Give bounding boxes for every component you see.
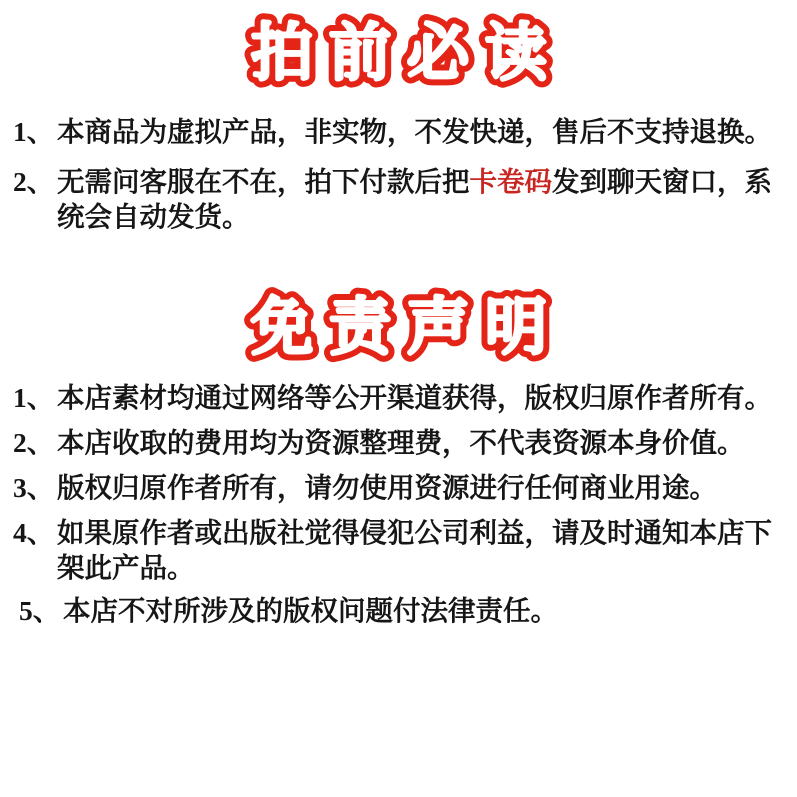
disclaimer-list: 1、 本店素材均通过网络等公开渠道获得，版权归原作者所有。 2、 本店收取的费用… [0, 380, 797, 628]
item-number: 5、 [19, 593, 63, 628]
notice-title: 拍前必读 拍前必读 [221, 12, 577, 92]
item-text: 如果原作者或出版社觉得侵犯公司利益，请及时通知本店下架此产品。 [57, 515, 783, 585]
notice-list: 1、 本商品为虚拟产品，非实物，不发快递，售后不支持退换。 2、 无需问客服在不… [0, 114, 797, 234]
item-number: 3、 [13, 470, 57, 505]
disclaimer-item-2: 2、 本店收取的费用均为资源整理费，不代表资源本身价值。 [13, 425, 783, 460]
item-text-highlight: 卡卷码 [470, 166, 553, 197]
disclaimer-item-1: 1、 本店素材均通过网络等公开渠道获得，版权归原作者所有。 [13, 380, 783, 415]
item-number: 1、 [13, 114, 57, 149]
disclaimer-title: 免责声明 免责声明 [221, 286, 577, 366]
item-text: 本店收取的费用均为资源整理费，不代表资源本身价值。 [57, 425, 783, 460]
item-text: 本商品为虚拟产品，非实物，不发快递，售后不支持退换。 [57, 114, 783, 149]
item-text-pre: 无需问客服在不在，拍下付款后把 [57, 166, 470, 197]
item-number: 4、 [13, 515, 57, 550]
item-number: 2、 [13, 425, 57, 460]
disclaimer-title-text: 免责声明 [250, 290, 562, 363]
item-number: 1、 [13, 380, 57, 415]
disclaimer-title-wrap: 免责声明 免责声明 [0, 274, 797, 366]
item-text: 本店素材均通过网络等公开渠道获得，版权归原作者所有。 [57, 380, 783, 415]
notice-title-text: 拍前必读 [250, 16, 562, 89]
disclaimer-item-5: 5、 本店不对所涉及的版权问题付法律责任。 [13, 593, 783, 628]
notice-title-wrap: 拍前必读 拍前必读 [0, 0, 797, 92]
item-text: 版权归原作者所有，请勿使用资源进行任何商业用途。 [57, 470, 783, 505]
disclaimer-item-3: 3、 版权归原作者所有，请勿使用资源进行任何商业用途。 [13, 470, 783, 505]
item-number: 2、 [13, 164, 57, 199]
product-notice-page: 拍前必读 拍前必读 1、 本商品为虚拟产品，非实物，不发快递，售后不支持退换。 … [0, 0, 797, 797]
item-text: 无需问客服在不在，拍下付款后把卡卷码发到聊天窗口，系统会自动发货。 [57, 164, 783, 234]
item-text: 本店不对所涉及的版权问题付法律责任。 [63, 593, 783, 628]
disclaimer-item-4: 4、 如果原作者或出版社觉得侵犯公司利益，请及时通知本店下架此产品。 [13, 515, 783, 585]
notice-item-2: 2、 无需问客服在不在，拍下付款后把卡卷码发到聊天窗口，系统会自动发货。 [13, 164, 783, 234]
notice-item-1: 1、 本商品为虚拟产品，非实物，不发快递，售后不支持退换。 [13, 114, 783, 149]
